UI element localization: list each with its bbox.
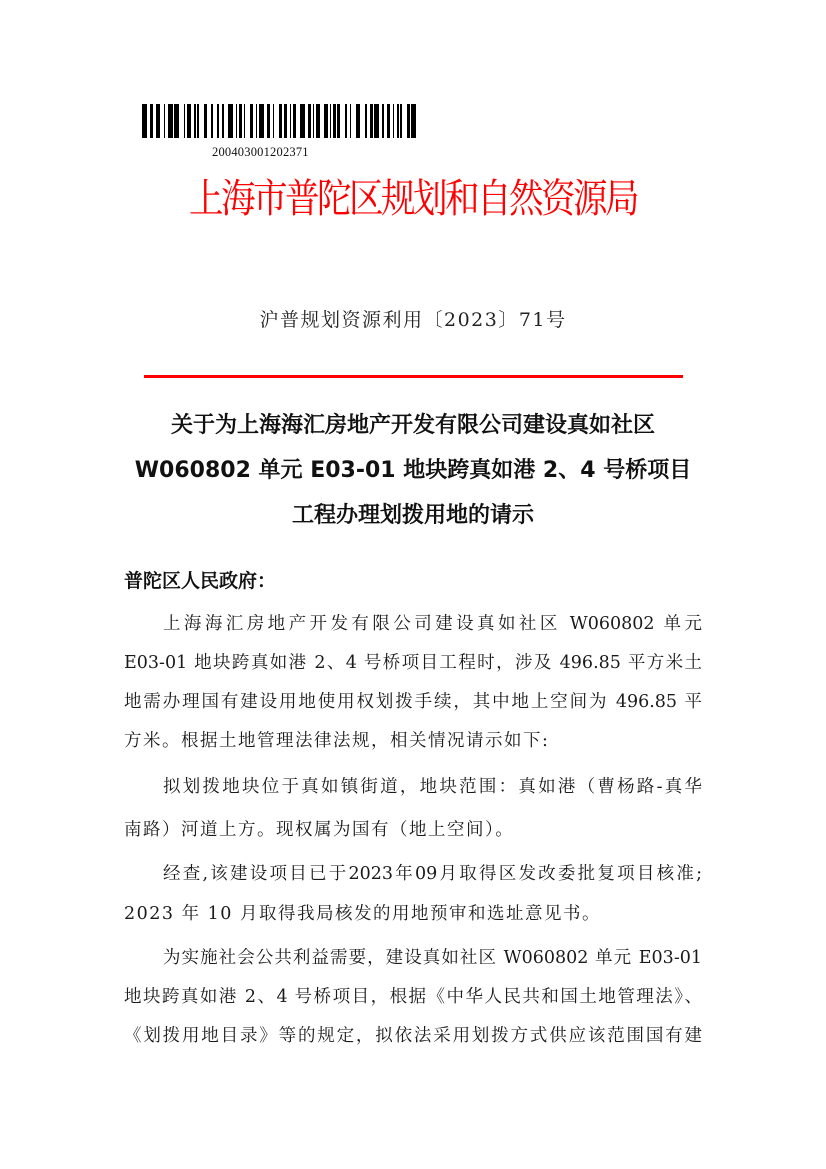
document-title-line-1: 关于为上海海汇房地产开发有限公司建设真如社区 [0, 408, 826, 439]
document-page: 200403001202371 上海市普陀区规划和自然资源局 沪普规划资源利用〔… [0, 0, 826, 1169]
document-title-line-2: W060802 单元 E03-01 地块跨真如港 2、4 号桥项目 [0, 453, 826, 484]
salutation: 普陀区人民政府： [124, 566, 276, 593]
body-line: 上海海汇房地产开发有限公司建设真如社区 W060802 单元 [163, 610, 702, 635]
body-line: 2023 年 10 月取得我局核发的用地预审和选址意见书。 [124, 900, 702, 925]
body-line: 方米。根据土地管理法律法规，相关情况请示如下: [124, 727, 702, 752]
body-line: 地需办理国有建设用地使用权划拨手续，其中地上空间为 496.85 平 [124, 688, 702, 713]
body-line: 为实施社会公共利益需要，建设真如社区 W060802 单元 E03-01 [163, 944, 702, 969]
body-line: 南路）河道上方。现权属为国有（地上空间）。 [124, 816, 702, 841]
letterhead-title: 上海市普陀区规划和自然资源局 [189, 172, 637, 226]
red-divider-line [144, 375, 683, 378]
body-line: 《划拨用地目录》等的规定，拟依法采用划拨方式供应该范围国有建 [124, 1022, 702, 1047]
barcode [142, 104, 420, 138]
barcode-number: 200403001202371 [212, 145, 309, 160]
document-number: 沪普规划资源利用〔2023〕71号 [0, 305, 826, 332]
body-line: 拟划拨地块位于真如镇街道，地块范围：真如港（曹杨路-真华 [163, 773, 702, 798]
body-line: 经查,该建设项目已于2023年09月取得区发改委批复项目核准; [163, 860, 702, 885]
body-line: E03-01 地块跨真如港 2、4 号桥项目工程时，涉及 496.85 平方米土 [124, 649, 702, 674]
document-title-line-3: 工程办理划拨用地的请示 [0, 498, 826, 529]
body-line: 地块跨真如港 2、4 号桥项目，根据《中华人民共和国土地管理法》、 [124, 983, 702, 1008]
